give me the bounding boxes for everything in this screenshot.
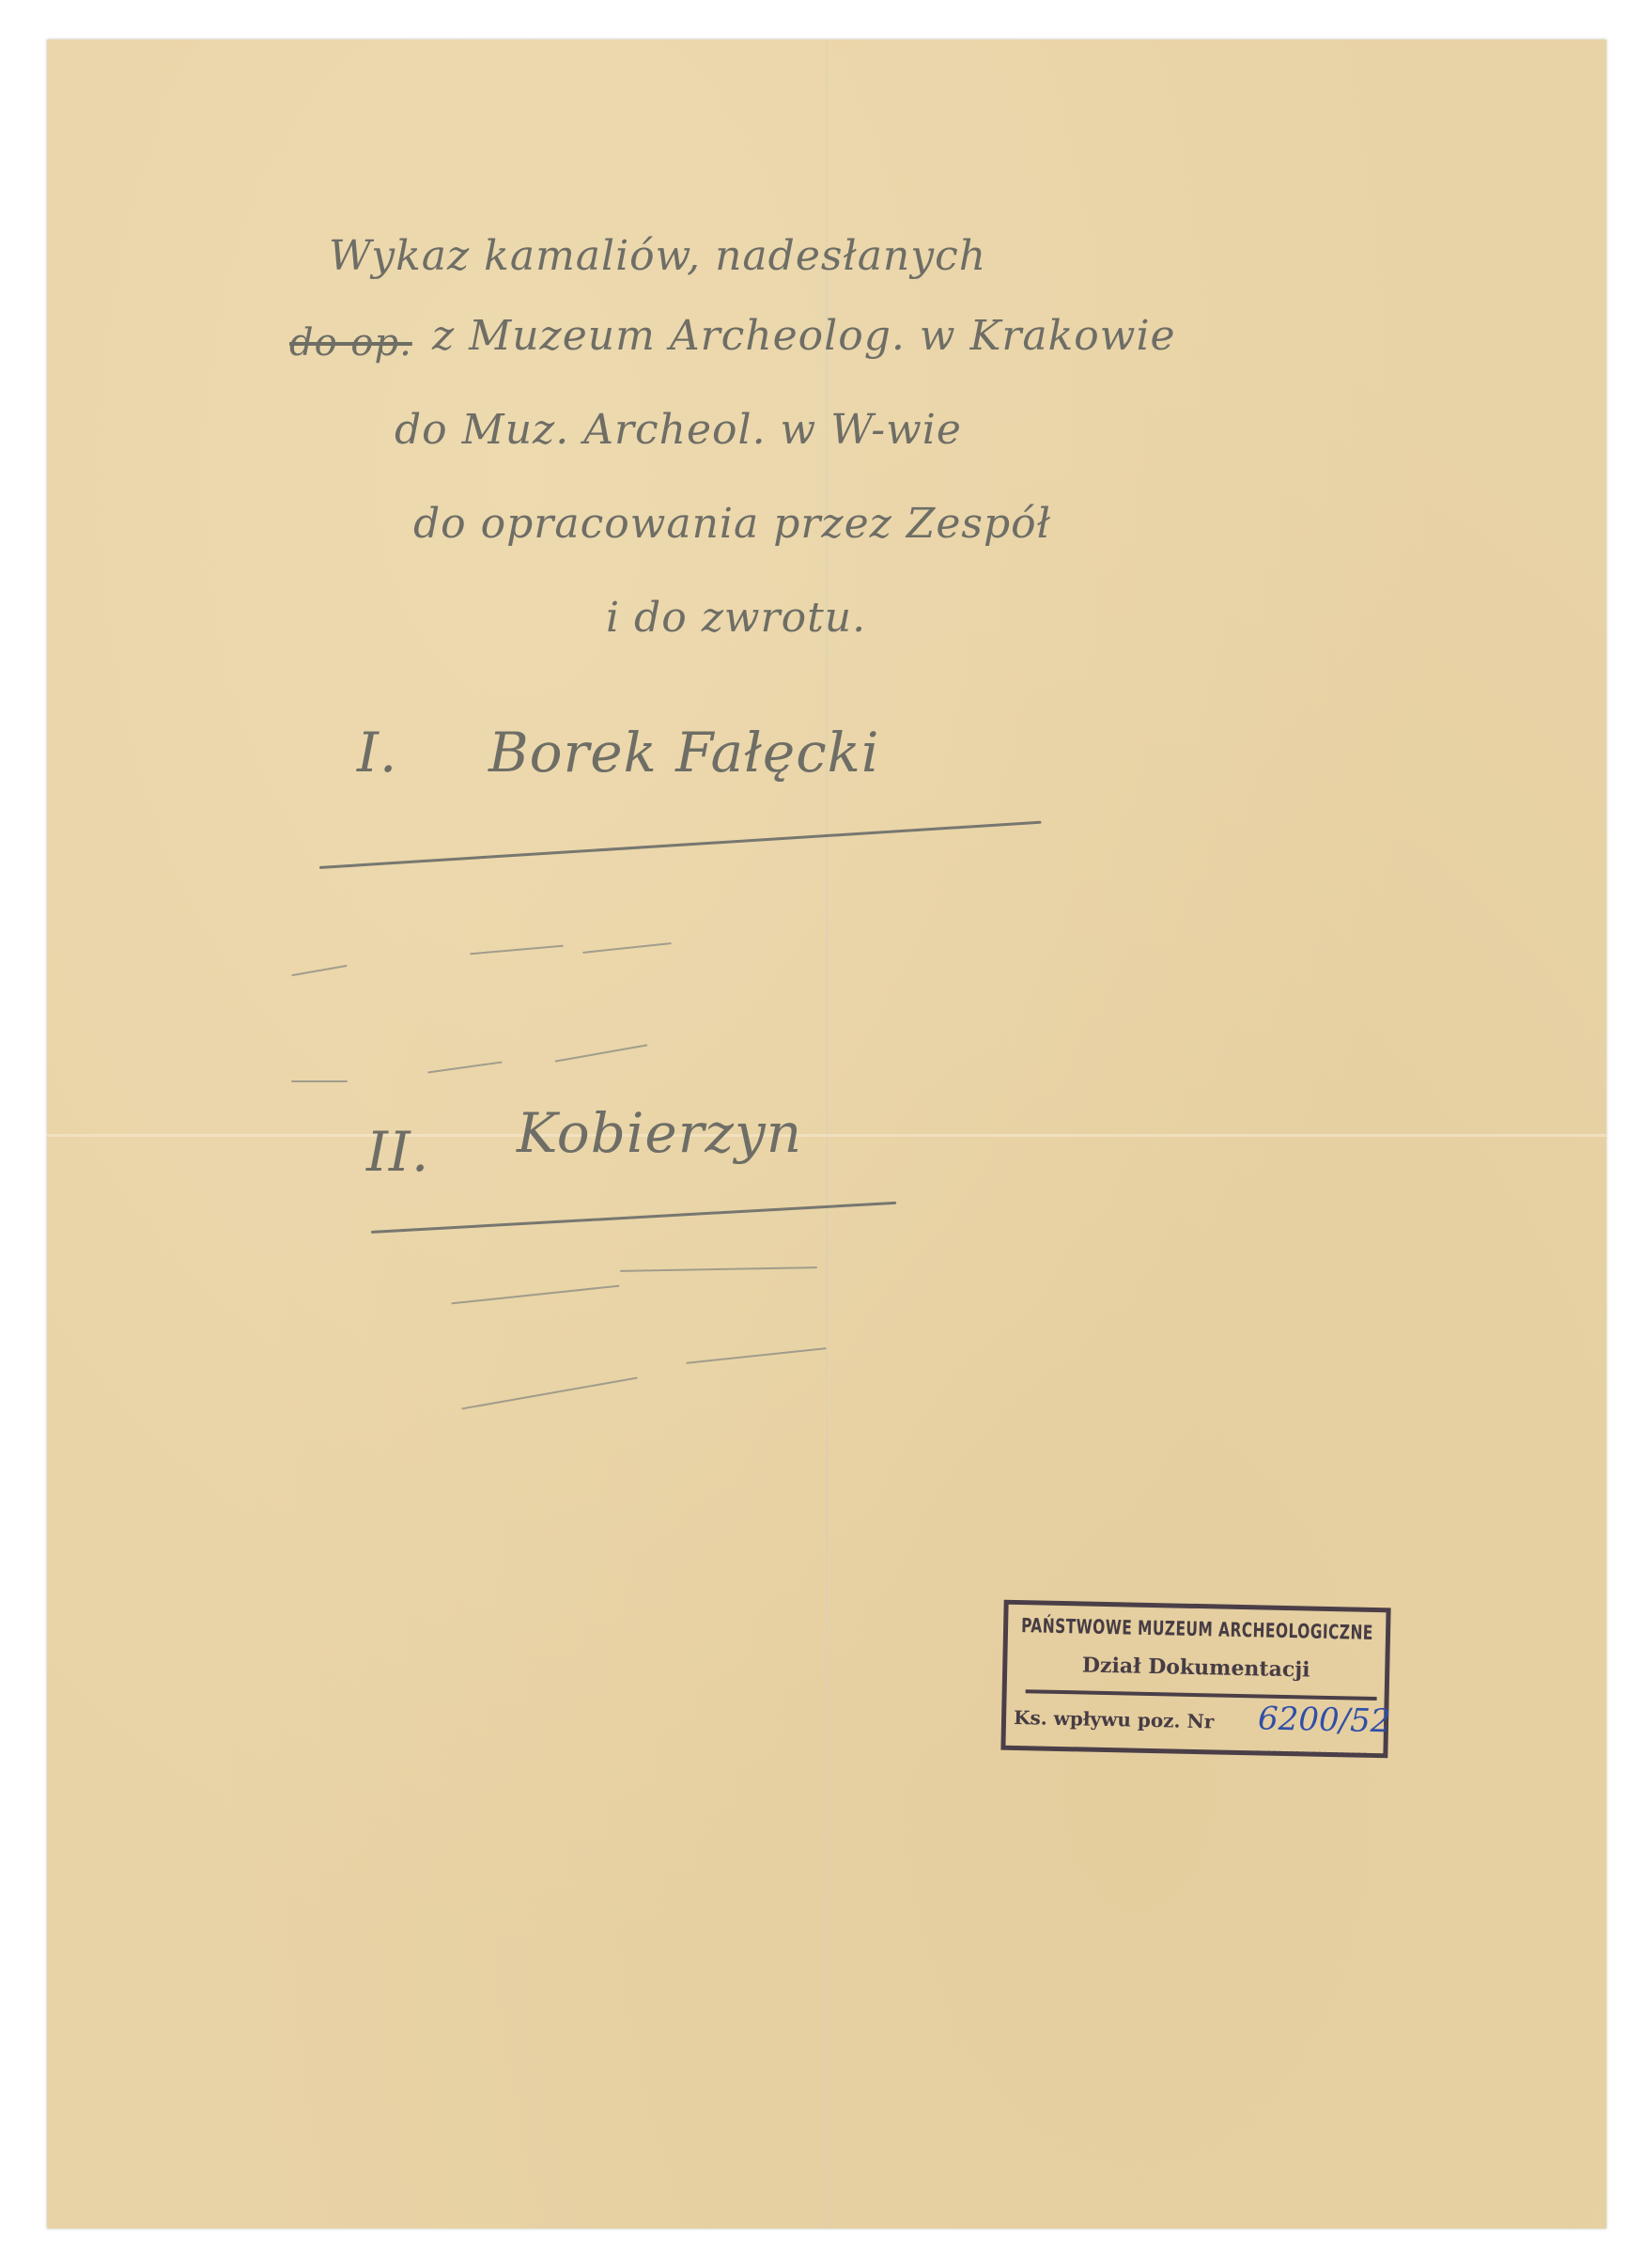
section-1-underline <box>319 821 1042 869</box>
placeholder-dash <box>427 1061 502 1073</box>
stamp-department: Dział Dokumentacji <box>1007 1652 1385 1684</box>
placeholder-dash <box>291 1080 348 1082</box>
header-line-4: do opracowania przez Zespół <box>413 500 1051 548</box>
stamp-entry-number: 6200/52 <box>1258 1700 1391 1740</box>
header-line-3: do Muz. Archeol. w W-wie <box>395 406 962 454</box>
document-page: Wykaz kamaliów, nadesłanych do op. z Muz… <box>47 39 1606 2229</box>
stamp-divider <box>1026 1689 1377 1701</box>
placeholder-dash <box>620 1266 817 1272</box>
section-2-numeral: II. <box>366 1120 429 1184</box>
header-line-5: i do zwrotu. <box>606 594 866 642</box>
placeholder-dash <box>291 965 347 976</box>
placeholder-dash <box>555 1044 648 1062</box>
archive-stamp: PAŃSTWOWE MUZEUM ARCHEOLOGICZNE Dział Do… <box>1000 1600 1390 1759</box>
horizontal-fold-crease <box>47 1134 1606 1137</box>
header-line-2: z Muzeum Archeolog. w Krakowie <box>432 312 1176 360</box>
stamp-entry-label: Ks. wpływu poz. Nr <box>1014 1706 1215 1732</box>
section-1-numeral: I. <box>357 721 397 784</box>
placeholder-dash <box>686 1347 826 1364</box>
stamp-institution: PAŃSTWOWE MUZEUM ARCHEOLOGICZNE <box>1021 1614 1373 1644</box>
header-line-1: Wykaz kamaliów, nadesłanych <box>329 232 986 280</box>
section-2-underline <box>371 1202 896 1234</box>
stamp-entry-dotted-line <box>1251 1750 1366 1756</box>
section-2-title: Kobierzyn <box>517 1101 802 1165</box>
placeholder-dash <box>582 942 672 954</box>
placeholder-dash <box>461 1377 637 1410</box>
section-1-title: Borek Fałęcki <box>488 721 879 784</box>
struck-out-word: do op. <box>289 321 412 365</box>
placeholder-dash <box>470 945 564 955</box>
placeholder-dash <box>451 1285 619 1305</box>
